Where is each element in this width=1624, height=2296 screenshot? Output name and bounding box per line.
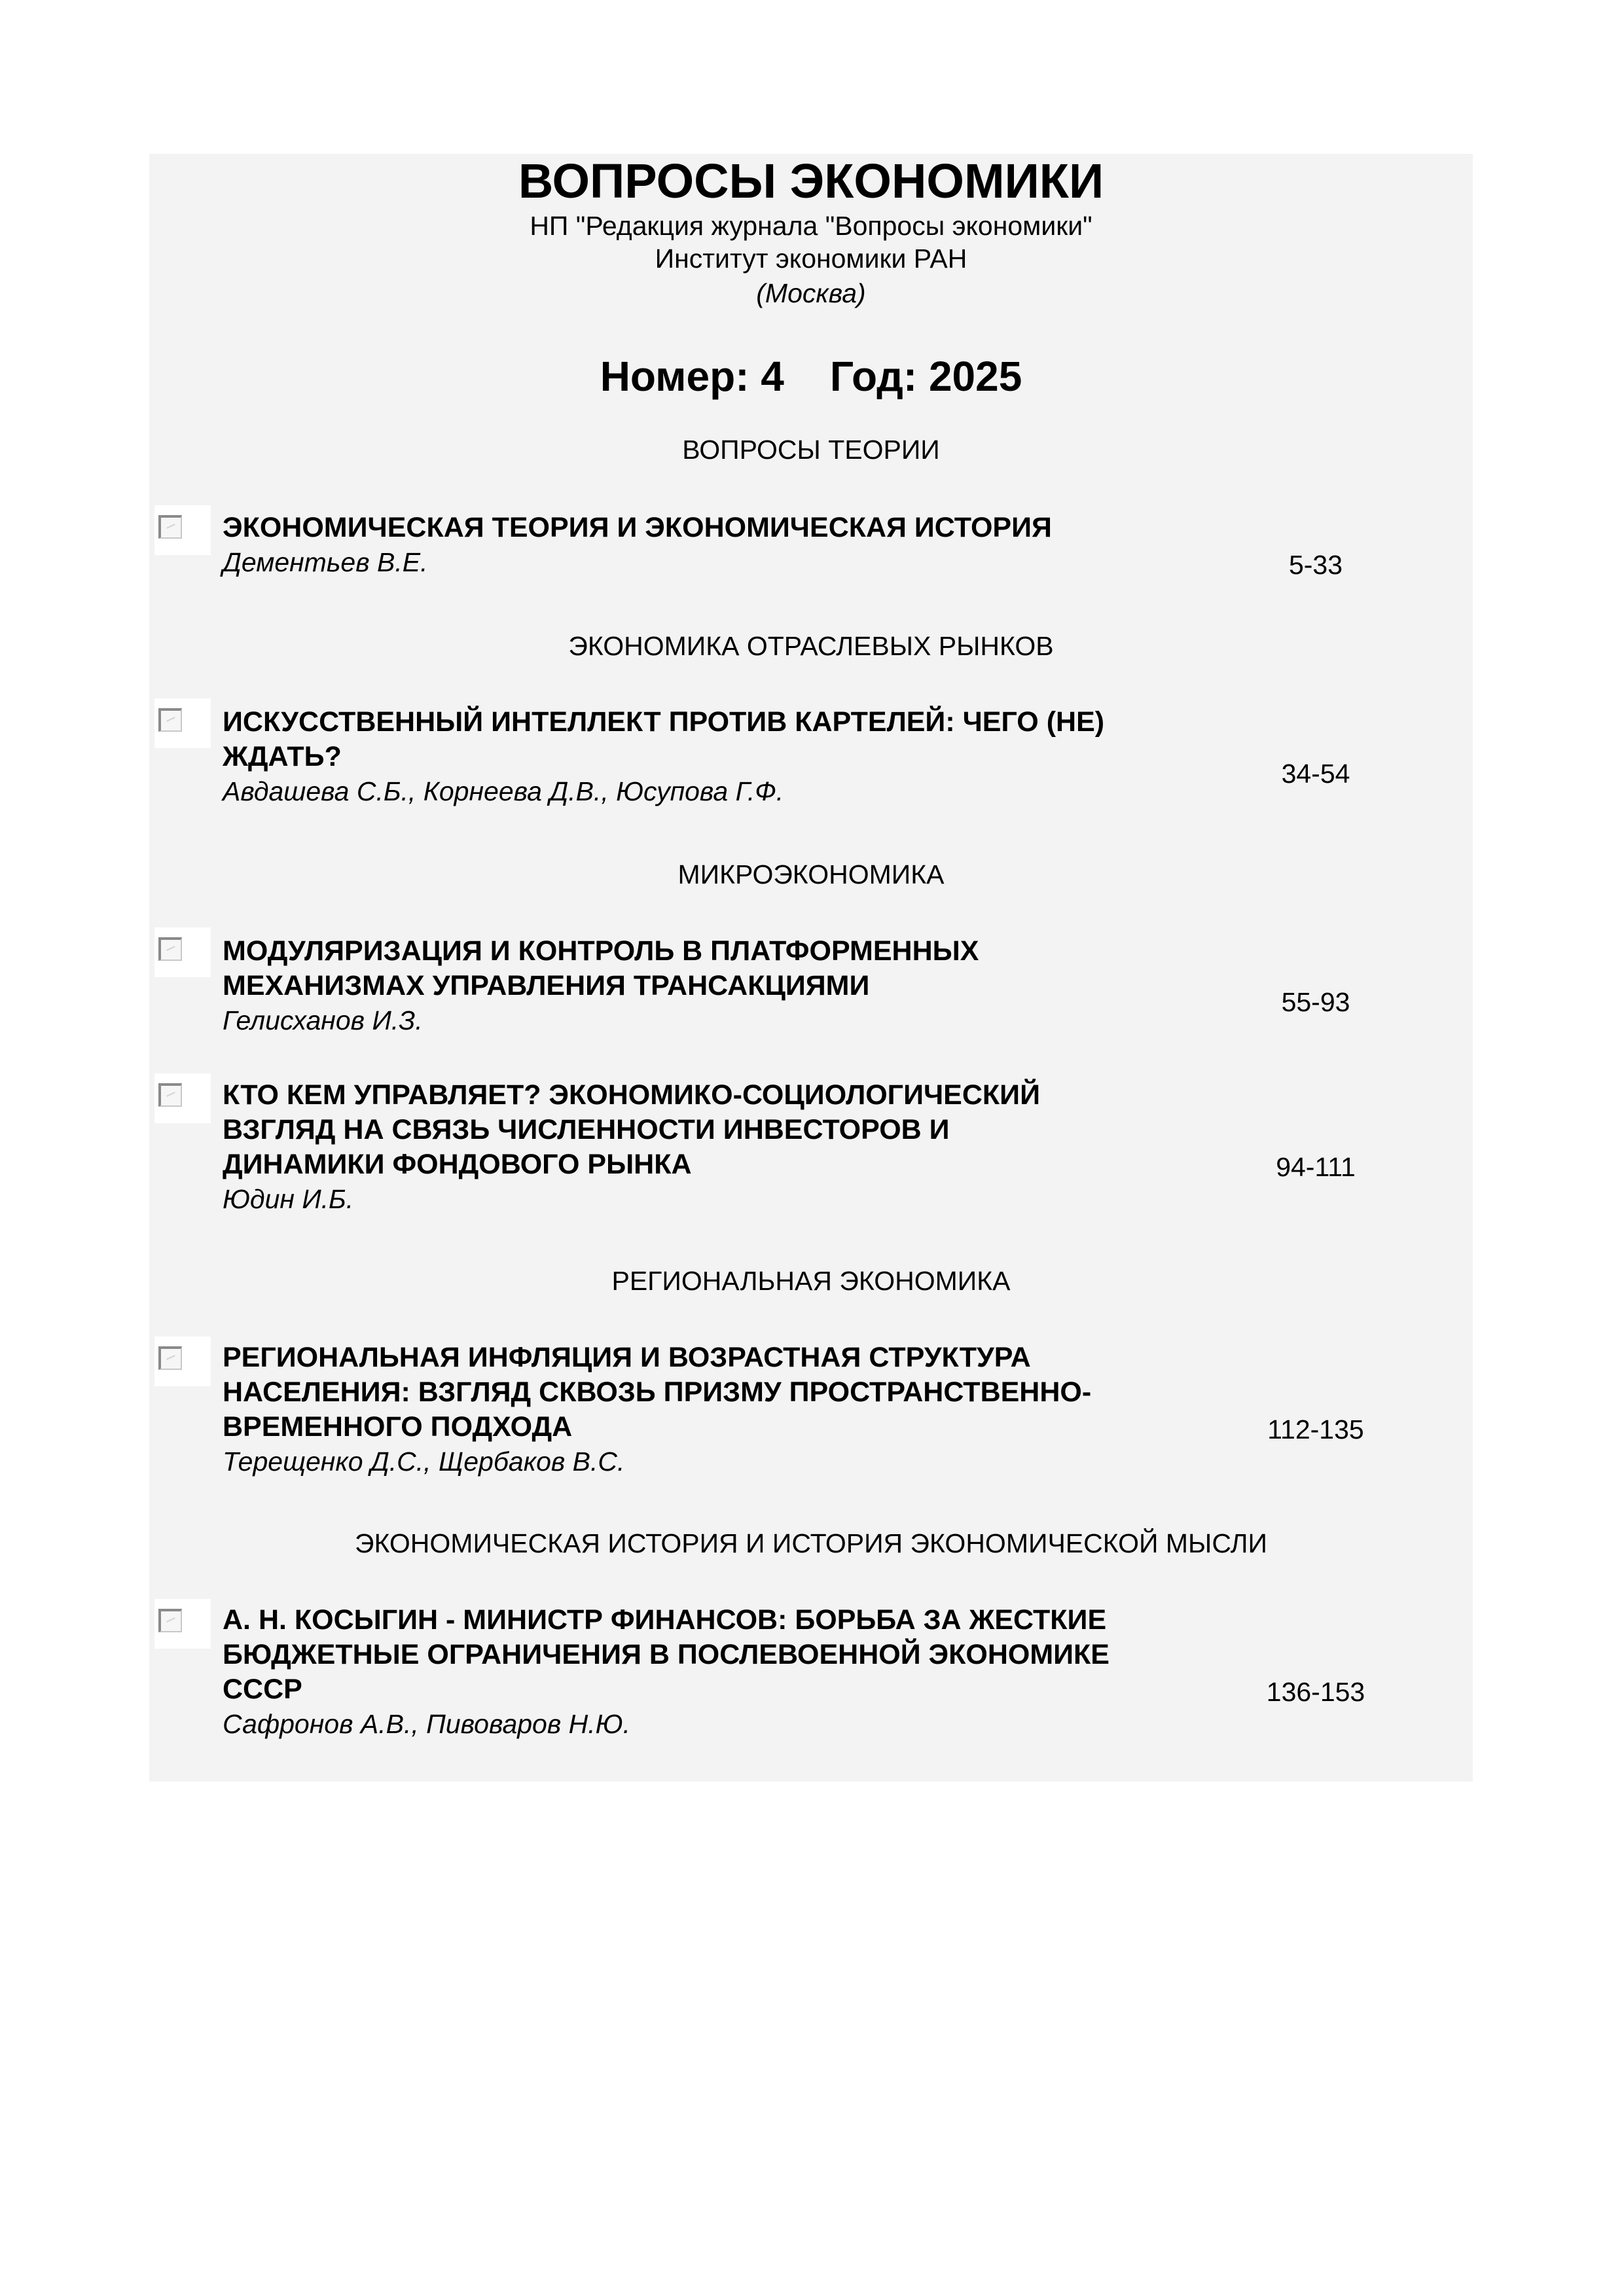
section-heading: МИКРОЭКОНОМИКА <box>149 858 1473 891</box>
issue-number: Номер: 4 <box>600 353 784 400</box>
checkbox-icon[interactable] <box>154 1336 211 1386</box>
checkbox-icon[interactable] <box>154 698 211 748</box>
city-name: (Москва) <box>149 277 1473 310</box>
article-pages: 112-135 <box>1231 1413 1401 1446</box>
article-title[interactable]: КТО КЕМ УПРАВЛЯЕТ? ЭКОНОМИКО-СОЦИОЛОГИЧЕ… <box>223 1078 1204 1182</box>
issue-year: Год: 2025 <box>830 353 1022 400</box>
checkbox-icon[interactable] <box>154 505 211 555</box>
article-authors: Сафронов А.В., Пивоваров Н.Ю. <box>223 1707 1204 1742</box>
article-entry: А. Н. КОСЫГИН - МИНИСТР ФИНАНСОВ: БОРЬБА… <box>223 1603 1204 1742</box>
checkbox-icon[interactable] <box>154 1073 211 1123</box>
journal-title: ВОПРОСЫ ЭКОНОМИКИ <box>149 152 1473 211</box>
article-pages: 5-33 <box>1231 548 1401 581</box>
checkbox-icon[interactable] <box>154 927 211 977</box>
section-heading: ЭКОНОМИКА ОТРАСЛЕВЫХ РЫНКОВ <box>149 630 1473 662</box>
article-authors: Авдашева С.Б., Корнеева Д.В., Юсупова Г.… <box>223 774 1204 809</box>
article-authors: Терещенко Д.С., Щербаков В.С. <box>223 1444 1204 1479</box>
section-heading: РЕГИОНАЛЬНАЯ ЭКОНОМИКА <box>149 1265 1473 1297</box>
article-entry: ИСКУССТВЕННЫЙ ИНТЕЛЛЕКТ ПРОТИВ КАРТЕЛЕЙ:… <box>223 705 1204 809</box>
article-title[interactable]: РЕГИОНАЛЬНАЯ ИНФЛЯЦИЯ И ВОЗРАСТНАЯ СТРУК… <box>223 1340 1204 1444</box>
article-authors: Дементьев В.Е. <box>223 545 1204 580</box>
checkbox-icon[interactable] <box>154 1599 211 1649</box>
article-entry: МОДУЛЯРИЗАЦИЯ И КОНТРОЛЬ В ПЛАТФОРМЕННЫХ… <box>223 934 1204 1038</box>
article-title[interactable]: ЭКОНОМИЧЕСКАЯ ТЕОРИЯ И ЭКОНОМИЧЕСКАЯ ИСТ… <box>223 511 1204 545</box>
section-heading: ВОПРОСЫ ТЕОРИИ <box>149 433 1473 466</box>
article-entry: РЕГИОНАЛЬНАЯ ИНФЛЯЦИЯ И ВОЗРАСТНАЯ СТРУК… <box>223 1340 1204 1479</box>
institute-name: Институт экономики РАН <box>149 242 1473 275</box>
article-pages: 55-93 <box>1231 986 1401 1018</box>
article-title[interactable]: ИСКУССТВЕННЫЙ ИНТЕЛЛЕКТ ПРОТИВ КАРТЕЛЕЙ:… <box>223 705 1204 774</box>
article-entry: КТО КЕМ УПРАВЛЯЕТ? ЭКОНОМИКО-СОЦИОЛОГИЧЕ… <box>223 1078 1204 1217</box>
article-pages: 34-54 <box>1231 757 1401 790</box>
article-authors: Юдин И.Б. <box>223 1182 1204 1217</box>
article-title[interactable]: А. Н. КОСЫГИН - МИНИСТР ФИНАНСОВ: БОРЬБА… <box>223 1603 1204 1707</box>
issue-info: Номер: 4Год: 2025 <box>149 350 1473 403</box>
section-heading: ЭКОНОМИЧЕСКАЯ ИСТОРИЯ И ИСТОРИЯ ЭКОНОМИЧ… <box>149 1527 1473 1560</box>
article-title[interactable]: МОДУЛЯРИЗАЦИЯ И КОНТРОЛЬ В ПЛАТФОРМЕННЫХ… <box>223 934 1204 1003</box>
article-pages: 136-153 <box>1231 1676 1401 1708</box>
article-pages: 94-111 <box>1231 1151 1401 1183</box>
article-entry: ЭКОНОМИЧЕСКАЯ ТЕОРИЯ И ЭКОНОМИЧЕСКАЯ ИСТ… <box>223 511 1204 580</box>
article-authors: Гелисханов И.З. <box>223 1003 1204 1038</box>
publisher-name: НП "Редакция журнала "Вопросы экономики" <box>149 209 1473 242</box>
